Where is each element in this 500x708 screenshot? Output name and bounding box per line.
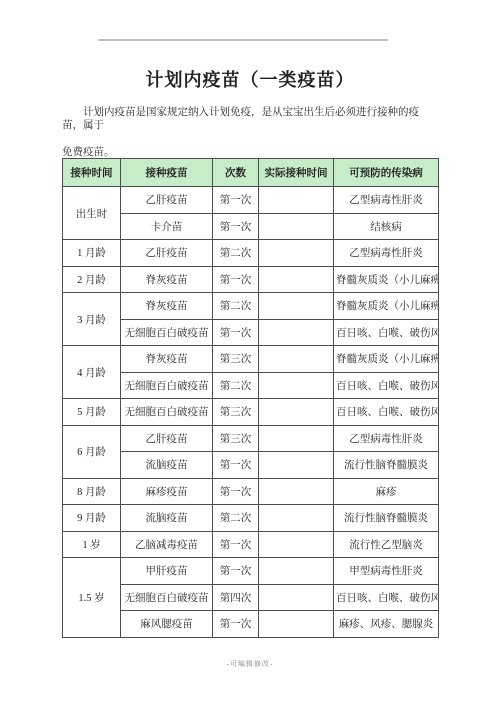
table-row: 出生时乙肝疫苗第一次乙型病毒性肝炎 — [63, 187, 439, 214]
count-cell: 第一次 — [213, 213, 259, 240]
count-cell: 第三次 — [213, 425, 259, 452]
vaccine-cell: 乙肝疫苗 — [121, 425, 213, 452]
vaccine-cell: 无细胞百白破疫苗 — [121, 399, 213, 426]
vaccine-cell: 卡介苗 — [121, 213, 213, 240]
actual-cell — [259, 293, 334, 320]
actual-cell — [259, 372, 334, 399]
actual-cell — [259, 611, 334, 638]
count-cell: 第一次 — [213, 319, 259, 346]
vaccine-cell: 无细胞百白破疫苗 — [121, 584, 213, 611]
time-cell: 1 月龄 — [63, 240, 121, 267]
vaccine-cell: 流脑疫苗 — [121, 452, 213, 479]
vaccine-schedule-table: 接种时间 接种疫苗 次数 实际接种时间 可预防的传染病 出生时乙肝疫苗第一次乙型… — [62, 158, 439, 638]
time-cell: 4 月龄 — [63, 346, 121, 399]
count-cell: 第二次 — [213, 372, 259, 399]
footer-note: -可编辑修改- — [0, 659, 500, 669]
count-cell: 第二次 — [213, 240, 259, 267]
actual-cell — [259, 213, 334, 240]
table-row: 3 月龄脊灰疫苗第二次脊髓灰质炎（小儿麻痹） — [63, 293, 439, 320]
header-count: 次数 — [213, 159, 259, 187]
time-cell: 1 岁 — [63, 531, 121, 558]
time-cell: 3 月龄 — [63, 293, 121, 346]
disease-cell: 流行性脑脊髓膜炎 — [334, 452, 439, 479]
table-header-row: 接种时间 接种疫苗 次数 实际接种时间 可预防的传染病 — [63, 159, 439, 187]
disease-cell: 麻疹、风疹、腮腺炎 — [334, 611, 439, 638]
vaccine-cell: 乙肝疫苗 — [121, 187, 213, 214]
table-row: 1.5 岁甲肝疫苗第一次甲型病毒性肝炎 — [63, 558, 439, 585]
disease-cell: 百日咳、白喉、破伤风 — [334, 319, 439, 346]
disease-cell: 甲型病毒性肝炎 — [334, 558, 439, 585]
disease-cell: 流行性脑脊髓膜炎 — [334, 505, 439, 532]
count-cell: 第三次 — [213, 399, 259, 426]
time-cell: 出生时 — [63, 187, 121, 240]
vaccine-cell: 脊灰疫苗 — [121, 346, 213, 373]
count-cell: 第一次 — [213, 558, 259, 585]
actual-cell — [259, 319, 334, 346]
table-row: 1 岁乙脑减毒疫苗第一次流行性乙型脑炎 — [63, 531, 439, 558]
vaccine-cell: 脊灰疫苗 — [121, 293, 213, 320]
count-cell: 第一次 — [213, 452, 259, 479]
vaccine-cell: 乙肝疫苗 — [121, 240, 213, 267]
disease-cell: 麻疹 — [334, 478, 439, 505]
vaccine-cell: 甲肝疫苗 — [121, 558, 213, 585]
actual-cell — [259, 478, 334, 505]
vaccine-cell: 脊灰疫苗 — [121, 266, 213, 293]
actual-cell — [259, 531, 334, 558]
disease-cell: 脊髓灰质炎（小儿麻痹） — [334, 293, 439, 320]
table-row: 4 月龄脊灰疫苗第三次脊髓灰质炎（小儿麻痹） — [63, 346, 439, 373]
count-cell: 第一次 — [213, 531, 259, 558]
disease-cell: 乙型病毒性肝炎 — [334, 425, 439, 452]
vaccine-cell: 麻风腮疫苗 — [121, 611, 213, 638]
actual-cell — [259, 187, 334, 214]
header-actual-time: 实际接种时间 — [259, 159, 334, 187]
disease-cell: 百日咳、白喉、破伤风 — [334, 372, 439, 399]
time-cell: 1.5 岁 — [63, 558, 121, 638]
disease-cell: 百日咳、白喉、破伤风 — [334, 584, 439, 611]
disease-cell: 脊髓灰质炎（小儿麻痹） — [334, 266, 439, 293]
time-cell: 5 月龄 — [63, 399, 121, 426]
table-row: 1 月龄乙肝疫苗第二次乙型病毒性肝炎 — [63, 240, 439, 267]
count-cell: 第二次 — [213, 293, 259, 320]
table-row: 5 月龄无细胞百白破疫苗第三次百日咳、白喉、破伤风 — [63, 399, 439, 426]
vaccine-cell: 乙脑减毒疫苗 — [121, 531, 213, 558]
disease-cell: 百日咳、白喉、破伤风 — [334, 399, 439, 426]
vaccine-cell: 无细胞百白破疫苗 — [121, 319, 213, 346]
vaccine-cell: 流脑疫苗 — [121, 505, 213, 532]
count-cell: 第一次 — [213, 266, 259, 293]
count-cell: 第三次 — [213, 346, 259, 373]
disease-cell: 脊髓灰质炎（小儿麻痹） — [334, 346, 439, 373]
actual-cell — [259, 505, 334, 532]
count-cell: 第二次 — [213, 505, 259, 532]
vaccine-table-body: 出生时乙肝疫苗第一次乙型病毒性肝炎卡介苗第一次结核病1 月龄乙肝疫苗第二次乙型病… — [63, 187, 439, 638]
time-cell: 9 月龄 — [63, 505, 121, 532]
actual-cell — [259, 399, 334, 426]
header-divider-line — [98, 39, 388, 41]
time-cell: 2 月龄 — [63, 266, 121, 293]
actual-cell — [259, 425, 334, 452]
intro-line-1: 计划内疫苗是国家规定纳入计划免疫，是从宝宝出生后必须进行接种的疫苗，属于 — [62, 106, 439, 132]
disease-cell: 乙型病毒性肝炎 — [334, 240, 439, 267]
actual-cell — [259, 266, 334, 293]
actual-cell — [259, 240, 334, 267]
count-cell: 第一次 — [213, 187, 259, 214]
count-cell: 第一次 — [213, 478, 259, 505]
actual-cell — [259, 584, 334, 611]
actual-cell — [259, 346, 334, 373]
table-row: 6 月龄乙肝疫苗第三次乙型病毒性肝炎 — [63, 425, 439, 452]
vaccine-cell: 麻疹疫苗 — [121, 478, 213, 505]
table-row: 2 月龄脊灰疫苗第一次脊髓灰质炎（小儿麻痹） — [63, 266, 439, 293]
table-row: 9 月龄流脑疫苗第二次流行性脑脊髓膜炎 — [63, 505, 439, 532]
time-cell: 6 月龄 — [63, 425, 121, 478]
header-vaccine: 接种疫苗 — [121, 159, 213, 187]
table-row: 8 月龄麻疹疫苗第一次麻疹 — [63, 478, 439, 505]
count-cell: 第一次 — [213, 611, 259, 638]
actual-cell — [259, 558, 334, 585]
header-disease: 可预防的传染病 — [334, 159, 439, 187]
time-cell: 8 月龄 — [63, 478, 121, 505]
count-cell: 第四次 — [213, 584, 259, 611]
disease-cell: 流行性乙型脑炎 — [334, 531, 439, 558]
document-page: 计划内疫苗（一类疫苗） 计划内疫苗是国家规定纳入计划免疫，是从宝宝出生后必须进行… — [0, 0, 500, 708]
disease-cell: 结核病 — [334, 213, 439, 240]
actual-cell — [259, 452, 334, 479]
vaccine-cell: 无细胞百白破疫苗 — [121, 372, 213, 399]
header-time: 接种时间 — [63, 159, 121, 187]
page-title: 计划内疫苗（一类疫苗） — [0, 66, 500, 92]
intro-paragraph: 计划内疫苗是国家规定纳入计划免疫，是从宝宝出生后必须进行接种的疫苗，属于 免费疫… — [62, 106, 439, 159]
disease-cell: 乙型病毒性肝炎 — [334, 187, 439, 214]
